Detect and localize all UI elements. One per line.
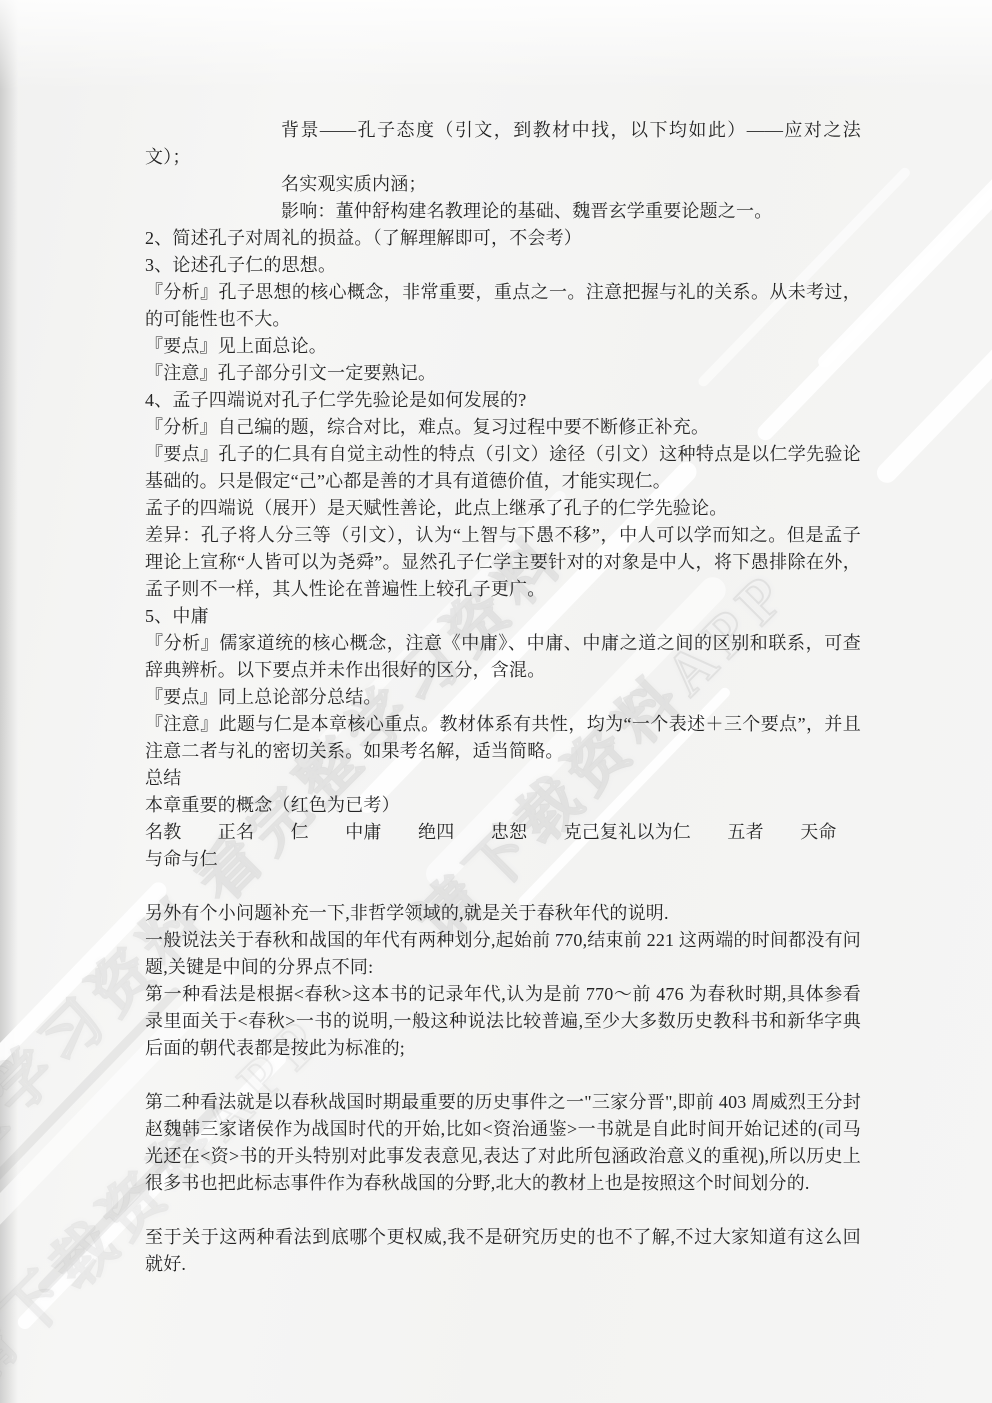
text-line: 第一种看法是根据<春秋>这本书的记录年代,认为是前 770～前 476 为春秋时… [145,981,861,1008]
text-line: 4、孟子四端说对孔子仁学先验论是如何发展的? [145,387,861,414]
text-line: 名实观实质内涵； [145,171,861,198]
text-line: 『要点』见上面总论。 [145,333,861,360]
text-line: 本章重要的概念（红色为已考） [145,792,861,819]
text-line: 『注意』孔子部分引文一定要熟记。 [145,360,861,387]
text-line: 孟子则不一样，其人性论在普遍性上较孔子更广。 [145,576,861,603]
text-line: 辞典辨析。以下要点并未作出很好的区分，含混。 [145,657,861,684]
text-line [145,1197,861,1224]
text-line: 『分析』孔子思想的核心概念，非常重要，重点之一。注意把握与礼的关系。从未考过，考 [145,279,861,306]
text-line: 一般说法关于春秋和战国的年代有两种划分,起始前 770,结束前 221 这两端的… [145,927,861,954]
text-line: 5、中庸 [145,603,861,630]
text-line: 基础的。只是假定“己”心都是善的才具有道德价值，才能实现仁。 [145,468,861,495]
text-line [145,873,861,900]
text-line: 『注意』此题与仁是本章核心重点。教材体系有共性，均为“一个表述＋三个要点”，并且 [145,711,861,738]
text-line: 录里面关于<春秋>一书的说明,一般这种说法比较普遍,至少大多数历史教科书和新华字… [145,1008,861,1035]
text-line: 3、论述孔子仁的思想。 [145,252,861,279]
text-line: 与命与仁 [145,846,861,873]
text-line: 总结 [145,765,861,792]
text-line: 题,关键是中间的分界点不同: [145,954,861,981]
text-line: 文）； [145,144,861,171]
document-text: 背景——孔子态度（引文，到教材中找，以下均如此）——应对之法（引文）；名实观实质… [145,117,861,1278]
text-line: 『分析』自己编的题，综合对比，难点。复习过程中要不断修正补充。 [145,414,861,441]
text-line: 2、简述孔子对周礼的损益。（了解理解即可，不会考） [145,225,861,252]
text-line: 赵魏韩三家诸侯作为战国时代的开始,比如<资治通鉴>一书就是自此时间开始记述的(司… [145,1116,861,1143]
scan-edge-shadow [0,0,18,1403]
text-line: 至于关于这两种看法到底哪个更权威,我不是研究历史的也不了解,不过大家知道有这么回… [145,1224,861,1251]
scan-top-fade [0,0,992,90]
text-line: 『分析』儒家道统的核心概念，注意《中庸》、中庸、中庸之道之间的区别和联系，可查找 [145,630,861,657]
text-line: 后面的朝代表都是按此为标准的; [145,1035,861,1062]
text-line: 背景——孔子态度（引文，到教材中找，以下均如此）——应对之法（引 [145,117,861,144]
text-line: 影响：董仲舒构建名教理论的基础、魏晋玄学重要论题之一。 [145,198,861,225]
text-line: 第二种看法就是以春秋战国时期最重要的历史事件之一"三家分晋",即前 403 周威… [145,1089,861,1116]
text-line: 的可能性也不大。 [145,306,861,333]
brush-streak [873,214,992,487]
text-line: 很多书也把此标志事件作为春秋战国的分野,北大的教材上也是按照这个时间划分的. [145,1170,861,1197]
text-line: 差异：孔子将人分三等（引文），认为“上智与下愚不移”，中人可以学而知之。但是孟子… [145,522,861,549]
scanned-document-page: 看完整学习资料请下载资料APP看完整学习资料请下载资料APP 背景——孔子态度（… [0,0,992,1403]
text-line: 孟子的四端说（展开）是天赋性善论，此点上继承了孔子的仁学先验论。 [145,495,861,522]
text-line: 注意二者与礼的密切关系。如果考名解，适当简略。 [145,738,861,765]
text-line: 『要点』同上总论部分总结。 [145,684,861,711]
text-line: 『要点』孔子的仁具有自觉主动性的特点（引文）途径（引文）这种特点是以仁学先验论为 [145,441,861,468]
text-line: 另外有个小问题补充一下,非哲学领域的,就是关于春秋年代的说明. [145,900,861,927]
text-line: 名教 正名 仁 中庸 绝四 忠恕 克己复礼以为仁 五者 天命 [145,819,861,846]
text-line: 就好. [145,1251,861,1278]
text-line: 理论上宣称“人皆可以为尧舜”。显然孔子仁学主要针对的对象是中人，将下愚排除在外， [145,549,861,576]
text-line [145,1062,861,1089]
text-line: 光还在<资>书的开头特别对此事发表意见,表达了对此所包涵政治意义的重视),所以历… [145,1143,861,1170]
